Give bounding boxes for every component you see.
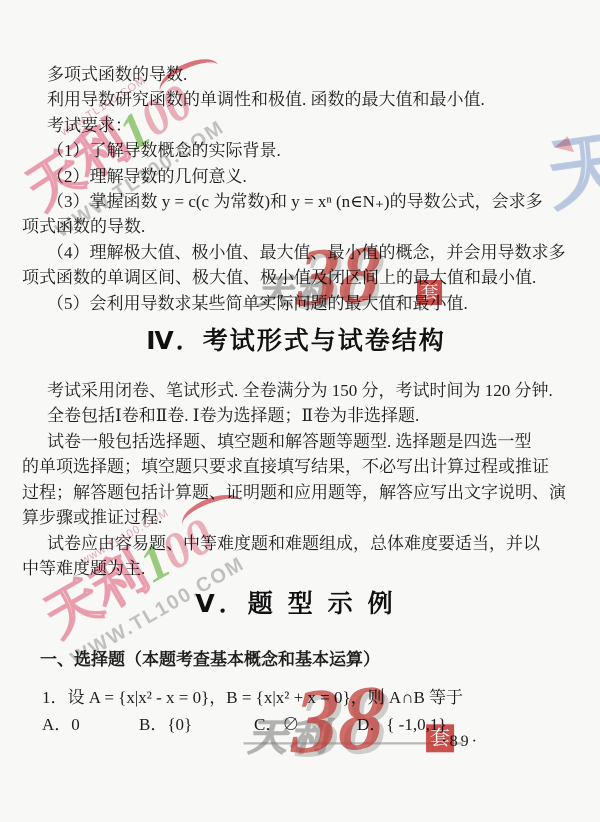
option-a: A．0: [42, 712, 139, 737]
body-line: 全卷包括Ⅰ卷和Ⅱ卷. Ⅰ卷为选择题；Ⅱ卷为非选择题.: [22, 403, 570, 428]
body-line: （5）会利用导数求某些简单实际问题的最大值和最小值.: [22, 291, 570, 316]
body-line: 中等难度题为主.: [22, 556, 570, 581]
option-b: B．{0}: [139, 712, 254, 737]
body-line: 利用导数研究函数的单调性和极值. 函数的最大值和最小值.: [22, 87, 570, 112]
body-line: 算步骤或推证过程.: [22, 505, 570, 530]
body-line: （3）掌握函数 y = c(c 为常数)和 y = xⁿ (n∈N₊)的导数公式…: [22, 189, 570, 214]
body-line: 考试要求：: [22, 113, 570, 138]
option-c: C．∅: [254, 712, 357, 737]
body-line: 试卷一般包括选择题、填空题和解答题等题型. 选择题是四选一型: [22, 429, 570, 454]
body-line: 过程；解答题包括计算题、证明题和应用题等，解答应写出文字说明、演: [22, 480, 570, 505]
body-line: 试卷应由容易题、中等难度题和难题组成，总体难度要适当，并以: [22, 531, 570, 556]
section-heading-5: Ⅴ．题 型 示 例: [22, 587, 570, 621]
scanned-document-page: www.TL100.COM 天利100 WWW.TL100.COM www.TL…: [0, 0, 600, 822]
page-number: ·89·: [441, 733, 480, 751]
body-line: 项式函数的单调区间、极大值、极小值及闭区间上的最大值和最小值.: [22, 265, 570, 290]
section-heading-4: Ⅳ．考试形式与试卷结构: [22, 324, 570, 358]
body-line: 的单项选择题；填空题只要求直接填写结果，不必写出计算过程或推证: [22, 454, 570, 479]
document-body: 多项式函数的导数. 利用导数研究函数的单调性和极值. 函数的最大值和最小值. 考…: [0, 0, 600, 822]
question-1-text: 1．设 A = {x|x² - x = 0}，B = {x|x² + x = 0…: [22, 685, 570, 710]
body-line: （2）理解导数的几何意义.: [22, 164, 570, 189]
question-1-options: A．0 B．{0} C．∅ D．{ -1,0,1}: [22, 712, 570, 737]
body-line: 多项式函数的导数.: [22, 62, 570, 87]
question-type-subheading: 一、选择题（本题考查基本概念和基本运算）: [22, 647, 570, 672]
body-line: 项式函数的导数.: [22, 214, 570, 239]
body-line: （1）了解导数概念的实际背景.: [22, 138, 570, 163]
body-line: 考试采用闭卷、笔试形式. 全卷满分为 150 分，考试时间为 120 分钟.: [22, 378, 570, 403]
body-line: （4）理解极大值、极小值、最大值、最小值的概念，并会用导数求多: [22, 240, 570, 265]
